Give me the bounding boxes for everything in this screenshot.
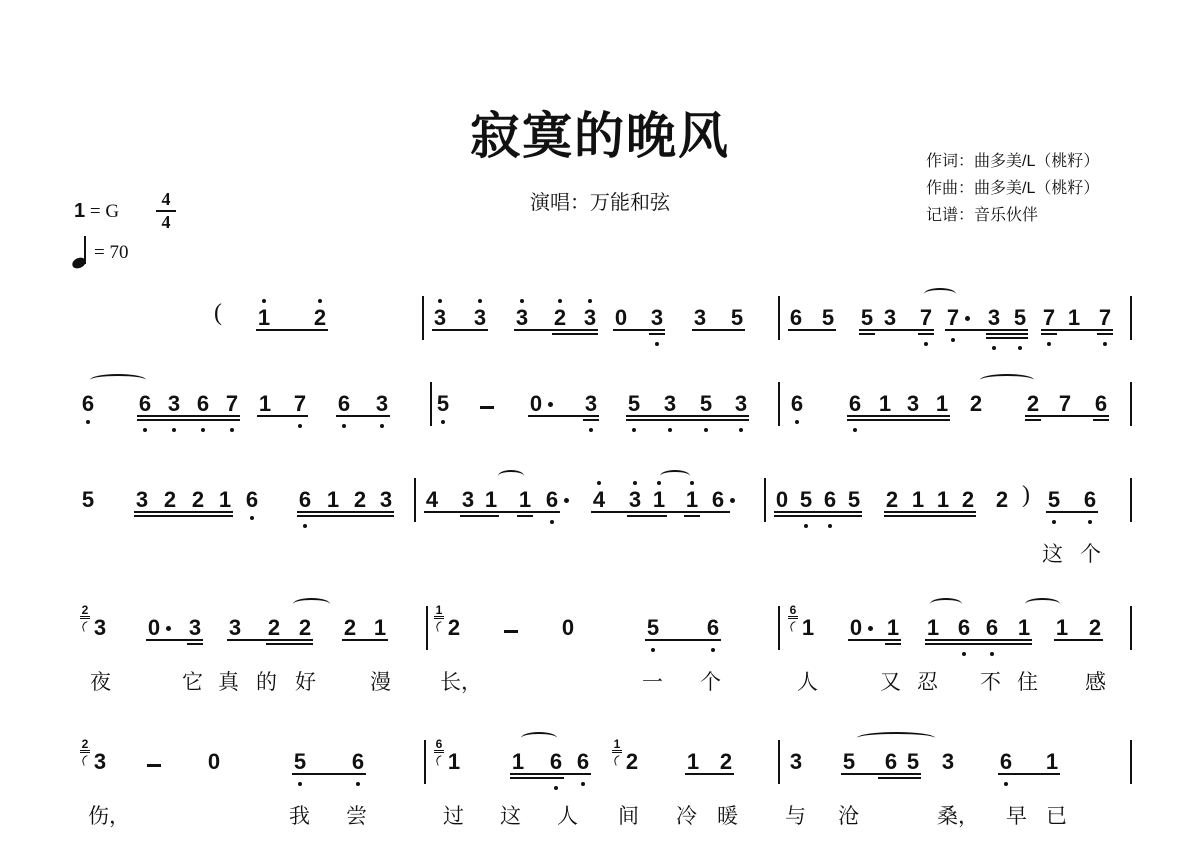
note: 5	[292, 750, 308, 774]
low-octave-dot	[441, 420, 445, 424]
low-octave-dot	[739, 428, 743, 432]
beam-underline	[424, 511, 560, 513]
lyric-syllable: 的	[256, 666, 277, 696]
grace-underline	[80, 616, 90, 617]
low-octave-dot	[655, 342, 659, 346]
grace-slur	[435, 621, 445, 632]
note: 5	[435, 392, 451, 416]
note: 5	[729, 306, 745, 330]
note: 2	[352, 488, 368, 512]
low-octave-dot	[172, 428, 176, 432]
barline	[1130, 606, 1132, 650]
grace-note: 1	[612, 738, 622, 750]
low-octave-dot	[990, 652, 994, 656]
key-text: = G	[85, 201, 119, 222]
note: 1	[885, 616, 901, 640]
grace-underline	[434, 752, 444, 753]
lyric-syllable: 这	[500, 800, 521, 830]
beam-underline	[859, 329, 934, 331]
low-octave-dot	[554, 786, 558, 790]
beam-underline	[591, 511, 730, 513]
credits-block: 作词：曲多美/L（桃籽） 作曲：曲多美/L（桃籽） 记谱：音乐伙伴	[926, 148, 1099, 229]
note: 7	[1041, 306, 1057, 330]
beam-underline	[884, 515, 976, 517]
beam-underline	[626, 419, 749, 421]
note: 1	[934, 392, 950, 416]
low-octave-dot	[298, 424, 302, 428]
note: 1	[925, 616, 941, 640]
lyric-syllable: 这	[1042, 538, 1063, 568]
beam-underline	[885, 643, 901, 645]
beam-underline	[432, 329, 488, 331]
beam-underline	[134, 511, 233, 513]
grace-slur	[81, 755, 91, 766]
beam-underline	[986, 333, 1028, 335]
grace-note: 6	[434, 738, 444, 750]
note: 6	[575, 750, 591, 774]
tie-slur	[521, 732, 557, 744]
extension-dash	[480, 406, 494, 409]
note: 1	[257, 392, 273, 416]
grace-underline	[80, 618, 90, 619]
beam-underline	[517, 515, 533, 517]
low-octave-dot	[1047, 342, 1051, 346]
lyric-syllable: 忍	[917, 666, 938, 696]
tempo-marking: = 70	[72, 236, 128, 270]
note: 0	[206, 750, 222, 774]
note: 7	[1057, 392, 1073, 416]
note: 6	[984, 616, 1000, 640]
note: 4	[591, 488, 607, 512]
beam-underline	[649, 333, 665, 335]
note: 0	[848, 616, 864, 640]
note: 3	[227, 616, 243, 640]
grace-underline	[612, 750, 622, 751]
grace-note: 6	[788, 604, 798, 616]
beam-underline	[583, 419, 599, 421]
note: 6	[883, 750, 899, 774]
beam-underline	[1041, 329, 1113, 331]
grace-note: 2	[80, 604, 90, 616]
low-octave-dot	[230, 428, 234, 432]
barline	[424, 740, 426, 784]
note: 3	[733, 392, 749, 416]
augmentation-dot	[965, 316, 970, 321]
augmentation-dot	[868, 626, 873, 631]
beam-underline	[627, 515, 667, 517]
beam-underline	[510, 773, 591, 775]
note: 3	[882, 306, 898, 330]
low-octave-dot	[704, 428, 708, 432]
note: 1	[1054, 616, 1070, 640]
beam-underline	[774, 515, 862, 517]
beam-underline	[884, 511, 976, 513]
note: 7	[292, 392, 308, 416]
repeat-parenthesis: (	[214, 300, 222, 327]
tie-slur	[924, 288, 956, 300]
grace-slur	[613, 755, 623, 766]
augmentation-dot	[730, 498, 735, 503]
beam-underline	[134, 515, 233, 517]
grace-underline	[80, 752, 90, 753]
note: 5	[1012, 306, 1028, 330]
composer-credit: 作曲：曲多美/L（桃籽）	[926, 175, 1099, 202]
beam-underline	[297, 511, 394, 513]
note: 6	[297, 488, 313, 512]
beam-underline	[986, 337, 1028, 339]
augmentation-dot	[548, 402, 553, 407]
low-octave-dot	[951, 338, 955, 342]
low-octave-dot	[298, 782, 302, 786]
note: 3	[692, 306, 708, 330]
note: 3	[378, 488, 394, 512]
note: 6	[137, 392, 153, 416]
lyric-syllable: 人	[557, 800, 578, 830]
note: 3	[472, 306, 488, 330]
tie-slur	[498, 470, 524, 482]
lyric-syllable: 过	[443, 800, 464, 830]
beam-underline	[685, 773, 734, 775]
note: 5	[626, 392, 642, 416]
high-octave-dot	[520, 299, 524, 303]
repeat-parenthesis: )	[1022, 482, 1030, 509]
beam-underline	[552, 333, 598, 335]
barline	[1130, 382, 1132, 426]
low-octave-dot	[924, 342, 928, 346]
barline	[1130, 478, 1132, 522]
note: 1	[935, 488, 951, 512]
tie-slur	[660, 470, 690, 482]
lyric-syllable: 尝	[346, 800, 367, 830]
note: 2	[994, 488, 1010, 512]
low-octave-dot	[1052, 520, 1056, 524]
beam-underline	[1025, 419, 1041, 421]
note: 2	[446, 616, 462, 640]
transcriber-credit: 记谱：音乐伙伴	[926, 202, 1099, 229]
beam-underline	[1046, 511, 1098, 513]
lyric-syllable: 长，	[440, 666, 482, 696]
beam-underline	[848, 639, 901, 641]
lyric-syllable: 伤，	[88, 800, 130, 830]
beam-underline	[945, 329, 1028, 331]
note: 3	[92, 750, 108, 774]
lyric-syllable: 个	[1080, 538, 1101, 568]
time-top: 4	[156, 190, 176, 209]
beam-underline	[841, 773, 921, 775]
note: 3	[374, 392, 390, 416]
beam-underline	[187, 643, 203, 645]
tie-slur	[293, 598, 330, 610]
low-octave-dot	[711, 648, 715, 652]
low-octave-dot	[804, 524, 808, 528]
note: 0	[146, 616, 162, 640]
lyric-syllable: 我	[289, 800, 310, 830]
lyric-syllable: 好	[295, 666, 316, 696]
note: 1	[877, 392, 893, 416]
high-octave-dot	[690, 481, 694, 485]
note: 3	[788, 750, 804, 774]
note: 3	[905, 392, 921, 416]
beam-underline	[1041, 333, 1057, 335]
lyric-syllable: 已	[1046, 800, 1067, 830]
note: 0	[528, 392, 544, 416]
note: 5	[1046, 488, 1062, 512]
grace-slur	[435, 755, 445, 766]
quarter-note-icon	[72, 236, 88, 270]
beam-underline	[918, 333, 934, 335]
low-octave-dot	[853, 428, 857, 432]
barline	[778, 740, 780, 784]
low-octave-dot	[632, 428, 636, 432]
grace-slur	[81, 621, 91, 632]
lyric-syllable: 感	[1085, 666, 1106, 696]
augmentation-dot	[166, 626, 171, 631]
beam-underline	[137, 415, 240, 417]
lyric-syllable: 又	[880, 666, 901, 696]
note: 5	[846, 488, 862, 512]
note: 6	[548, 750, 564, 774]
key-tonic: 1	[74, 200, 85, 222]
tie-slur	[980, 374, 1034, 386]
beam-underline	[292, 773, 366, 775]
tie-slur	[1025, 598, 1060, 610]
note: 6	[789, 392, 805, 416]
beam-underline	[146, 639, 203, 641]
beam-underline	[336, 415, 390, 417]
low-octave-dot	[1088, 520, 1092, 524]
note: 5	[80, 488, 96, 512]
beam-underline	[227, 639, 313, 641]
low-octave-dot	[86, 420, 90, 424]
note: 0	[774, 488, 790, 512]
note: 1	[685, 750, 701, 774]
barline	[764, 478, 766, 522]
barline	[778, 382, 780, 426]
note: 6	[1082, 488, 1098, 512]
lyric-syllable: 冷	[676, 800, 697, 830]
low-octave-dot	[550, 520, 554, 524]
low-octave-dot	[143, 428, 147, 432]
note: 1	[800, 616, 816, 640]
grace-note: 1	[434, 604, 444, 616]
beam-underline	[1025, 415, 1109, 417]
barline	[422, 296, 424, 340]
note: 5	[798, 488, 814, 512]
lyric-syllable: 沧	[838, 800, 859, 830]
high-octave-dot	[478, 299, 482, 303]
note: 1	[446, 750, 462, 774]
beam-underline	[1097, 333, 1113, 335]
lyric-syllable: 人	[797, 666, 818, 696]
beam-underline	[460, 515, 499, 517]
grace-underline	[612, 752, 622, 753]
low-octave-dot	[1004, 782, 1008, 786]
low-octave-dot	[1018, 346, 1022, 350]
note: 2	[266, 616, 282, 640]
lyric-syllable: 住	[1017, 666, 1038, 696]
high-octave-dot	[558, 299, 562, 303]
beam-underline	[684, 515, 700, 517]
note: 1	[217, 488, 233, 512]
lyric-syllable: 真	[218, 666, 239, 696]
low-octave-dot	[201, 428, 205, 432]
barline	[1130, 740, 1132, 784]
beam-underline	[613, 329, 665, 331]
lyric-syllable: 与	[785, 800, 806, 830]
note: 3	[940, 750, 956, 774]
grace-underline	[434, 616, 444, 617]
note: 5	[645, 616, 661, 640]
beam-underline	[257, 415, 308, 417]
grace-underline	[434, 750, 444, 751]
low-octave-dot	[992, 346, 996, 350]
high-octave-dot	[633, 481, 637, 485]
note: 3	[582, 306, 598, 330]
high-octave-dot	[262, 299, 266, 303]
low-octave-dot	[380, 424, 384, 428]
note: 1	[910, 488, 926, 512]
grace-slur	[789, 621, 799, 632]
tie-slur	[857, 732, 935, 744]
lyric-syllable: 漫	[370, 666, 391, 696]
lyric-syllable: 一	[642, 666, 663, 696]
note: 6	[1093, 392, 1109, 416]
grace-underline	[434, 618, 444, 619]
note: 1	[684, 488, 700, 512]
lyric-syllable: 它	[182, 666, 203, 696]
note: 6	[244, 488, 260, 512]
low-octave-dot	[356, 782, 360, 786]
grace-underline	[788, 616, 798, 617]
beam-underline	[774, 511, 862, 513]
note: 2	[968, 392, 984, 416]
lyric-syllable: 夜	[90, 666, 111, 696]
note: 1	[483, 488, 499, 512]
tempo-text: = 70	[94, 242, 128, 264]
beam-underline	[998, 773, 1060, 775]
note: 3	[514, 306, 530, 330]
low-octave-dot	[962, 652, 966, 656]
note: 4	[424, 488, 440, 512]
note: 2	[552, 306, 568, 330]
note: 2	[1087, 616, 1103, 640]
beam-underline	[266, 643, 313, 645]
note: 3	[986, 306, 1002, 330]
beam-underline	[925, 643, 1032, 645]
lyric-syllable: 间	[618, 800, 639, 830]
low-octave-dot	[589, 428, 593, 432]
note: 6	[788, 306, 804, 330]
high-octave-dot	[588, 299, 592, 303]
note: 6	[956, 616, 972, 640]
note: 2	[297, 616, 313, 640]
note: 6	[710, 488, 726, 512]
note: 3	[627, 488, 643, 512]
extension-dash	[147, 764, 161, 767]
lyric-syllable: 桑，	[937, 800, 979, 830]
note: 3	[583, 392, 599, 416]
time-bottom: 4	[156, 213, 176, 232]
tie-slur	[90, 374, 146, 386]
note: 6	[544, 488, 560, 512]
high-octave-dot	[438, 299, 442, 303]
beam-underline	[297, 515, 394, 517]
time-signature: 4 4	[156, 190, 176, 232]
note: 6	[822, 488, 838, 512]
note: 7	[945, 306, 961, 330]
low-octave-dot	[651, 648, 655, 652]
note: 1	[510, 750, 526, 774]
barline	[430, 382, 432, 426]
augmentation-dot	[564, 498, 569, 503]
note: 3	[92, 616, 108, 640]
beam-underline	[788, 329, 836, 331]
note: 5	[841, 750, 857, 774]
note: 1	[651, 488, 667, 512]
grace-underline	[80, 750, 90, 751]
extension-dash	[504, 630, 518, 633]
low-octave-dot	[581, 782, 585, 786]
barline	[414, 478, 416, 522]
low-octave-dot	[250, 516, 254, 520]
note: 2	[162, 488, 178, 512]
note: 3	[166, 392, 182, 416]
beam-underline	[137, 419, 240, 421]
lyricist-credit: 作词：曲多美/L（桃籽）	[926, 148, 1099, 175]
note: 1	[1016, 616, 1032, 640]
beam-underline	[514, 329, 598, 331]
note: 3	[460, 488, 476, 512]
note: 3	[432, 306, 448, 330]
low-octave-dot	[1103, 342, 1107, 346]
barline	[426, 606, 428, 650]
note: 1	[1044, 750, 1060, 774]
note: 2	[884, 488, 900, 512]
low-octave-dot	[668, 428, 672, 432]
beam-underline	[878, 777, 921, 779]
note: 3	[649, 306, 665, 330]
note: 5	[820, 306, 836, 330]
beam-underline	[1054, 639, 1103, 641]
note: 6	[847, 392, 863, 416]
note: 6	[350, 750, 366, 774]
beam-underline	[645, 639, 721, 641]
beam-underline	[342, 639, 388, 641]
note: 6	[195, 392, 211, 416]
note: 7	[224, 392, 240, 416]
note: 1	[325, 488, 341, 512]
lyric-syllable: 早	[1006, 800, 1027, 830]
note: 7	[1097, 306, 1113, 330]
note: 2	[960, 488, 976, 512]
beam-underline	[692, 329, 745, 331]
lyric-syllable: 不	[980, 666, 1001, 696]
note: 6	[998, 750, 1014, 774]
note: 5	[905, 750, 921, 774]
note: 2	[342, 616, 358, 640]
beam-underline	[925, 639, 1032, 641]
note: 2	[312, 306, 328, 330]
barline	[778, 606, 780, 650]
beam-underline	[847, 415, 950, 417]
beam-underline	[847, 419, 950, 421]
beam-underline	[1093, 419, 1109, 421]
note: 3	[187, 616, 203, 640]
low-octave-dot	[303, 524, 307, 528]
note: 1	[372, 616, 388, 640]
note: 2	[624, 750, 640, 774]
note: 0	[560, 616, 576, 640]
